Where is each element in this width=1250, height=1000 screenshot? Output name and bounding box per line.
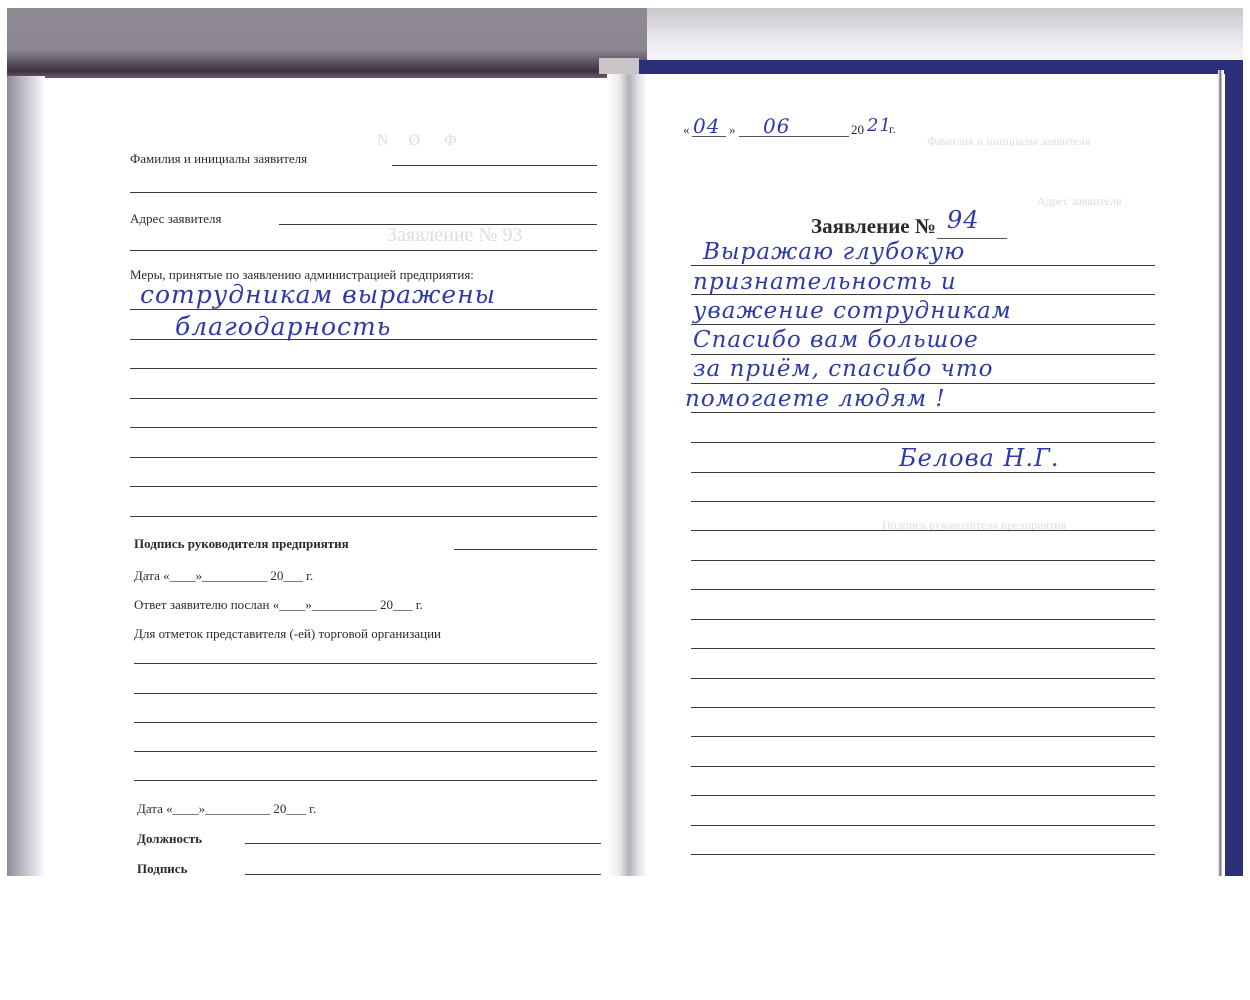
book-spine (607, 74, 647, 876)
applicant-signature: Белова Н.Г. (899, 444, 1060, 472)
reply-sent-line[interactable]: Ответ заявителю послан «____»__________ … (134, 597, 423, 613)
applicant-name-label: Фамилия и инициалы заявителя (130, 151, 307, 167)
page-stack-edge (1218, 70, 1224, 876)
statement-rule-11[interactable] (691, 560, 1155, 561)
statement-rule-16[interactable] (691, 707, 1155, 708)
measures-line-4[interactable] (130, 398, 597, 399)
statement-rule-8[interactable] (691, 472, 1155, 473)
notes-line-3[interactable] (134, 722, 597, 723)
statement-line-3: уважение сотрудникам (693, 298, 1012, 324)
bleed-through-text: Ν Ø Ф (377, 132, 457, 150)
right-page: Фамилия и инициалы заявителя Адрес заяви… (647, 74, 1217, 876)
statement-rule-21[interactable] (691, 854, 1155, 855)
position-label: Должность (137, 831, 202, 847)
statement-rule-12[interactable] (691, 589, 1155, 590)
measures-handwritten-line-1: сотрудникам выражены (140, 280, 496, 309)
measures-line-6[interactable] (130, 457, 597, 458)
measures-line-8[interactable] (130, 516, 597, 517)
statement-rule-20[interactable] (691, 825, 1155, 826)
date-month: 06 (763, 114, 790, 138)
measures-line-1[interactable] (130, 309, 597, 310)
notes-line-5[interactable] (134, 780, 597, 781)
measures-line-2[interactable] (130, 339, 597, 340)
statement-rule-14[interactable] (691, 648, 1155, 649)
notes-line-2[interactable] (134, 693, 597, 694)
statement-line-5: за приём, спасибо что (693, 356, 993, 382)
measures-line-3[interactable] (130, 368, 597, 369)
measures-line-7[interactable] (130, 486, 597, 487)
statement-rule-9[interactable] (691, 501, 1155, 502)
statement-number: 94 (947, 206, 980, 234)
bleed-through-text-2: Адрес заявителя (1037, 194, 1121, 209)
measures-handwritten-line-2: благодарность (175, 312, 391, 341)
statement-line-4: Спасибо вам большое (693, 327, 979, 353)
statement-rule-17[interactable] (691, 736, 1155, 737)
left-page: Ν Ø Ф Заявление № 93 Фамилия и инициалы … (7, 74, 607, 876)
blue-cover-right-edge (1225, 60, 1243, 876)
applicant-address-label: Адрес заявителя (130, 211, 222, 227)
statement-date: « 04 » 06 20 21 г. (683, 114, 923, 140)
statement-line-1: Выражаю глубокую (703, 239, 965, 265)
measures-line-5[interactable] (130, 427, 597, 428)
year-prefix: 20 (851, 122, 864, 138)
statement-rule-3[interactable] (691, 324, 1155, 325)
manager-signature-label: Подпись руководителя предприятия (134, 536, 349, 552)
statement-line-6: помогаете людям ! (685, 386, 946, 412)
applicant-name-line-2[interactable] (130, 192, 597, 193)
statement-rule-15[interactable] (691, 678, 1155, 679)
statement-rule-1[interactable] (691, 265, 1155, 266)
scanned-journal-spread: Ν Ø Ф Заявление № 93 Фамилия и инициалы … (7, 8, 1243, 876)
statement-rule-18[interactable] (691, 766, 1155, 767)
bookmark-ribbon (599, 58, 639, 74)
statement-line-2: признательность и (693, 269, 957, 295)
date-day: 04 (693, 114, 720, 138)
statement-rule-10[interactable] (691, 530, 1155, 531)
representative-notes-label: Для отметок представителя (-ей) торговой… (134, 626, 441, 642)
bleed-through-text: Фамилия и инициалы заявителя (927, 134, 1091, 149)
statement-title: Заявление № (811, 214, 936, 239)
statement-rule-6[interactable] (691, 412, 1155, 413)
scan-top-shadow (7, 8, 647, 78)
applicant-address-line[interactable] (279, 224, 597, 225)
statement-rule-19[interactable] (691, 795, 1155, 796)
statement-rule-4[interactable] (691, 354, 1155, 355)
bleed-through-title: Заявление № 93 (387, 224, 523, 247)
signature-label: Подпись (137, 861, 187, 876)
signature-line[interactable] (245, 874, 601, 875)
scan-top-background (647, 8, 1243, 60)
statement-rule-7[interactable] (691, 442, 1155, 443)
manager-signature-line[interactable] (454, 549, 597, 550)
notes-line-1[interactable] (134, 663, 597, 664)
blue-cover-top-edge (639, 60, 1243, 74)
position-line[interactable] (245, 843, 601, 844)
statement-rule-5[interactable] (691, 383, 1155, 384)
statement-rule-13[interactable] (691, 619, 1155, 620)
applicant-name-line[interactable] (392, 165, 597, 166)
date-line[interactable]: Дата «____»__________ 20___ г. (134, 568, 313, 584)
date-line-2[interactable]: Дата «____»__________ 20___ г. (137, 801, 316, 817)
notes-line-4[interactable] (134, 751, 597, 752)
statement-rule-2[interactable] (691, 294, 1155, 295)
applicant-address-line-2[interactable] (130, 250, 597, 251)
